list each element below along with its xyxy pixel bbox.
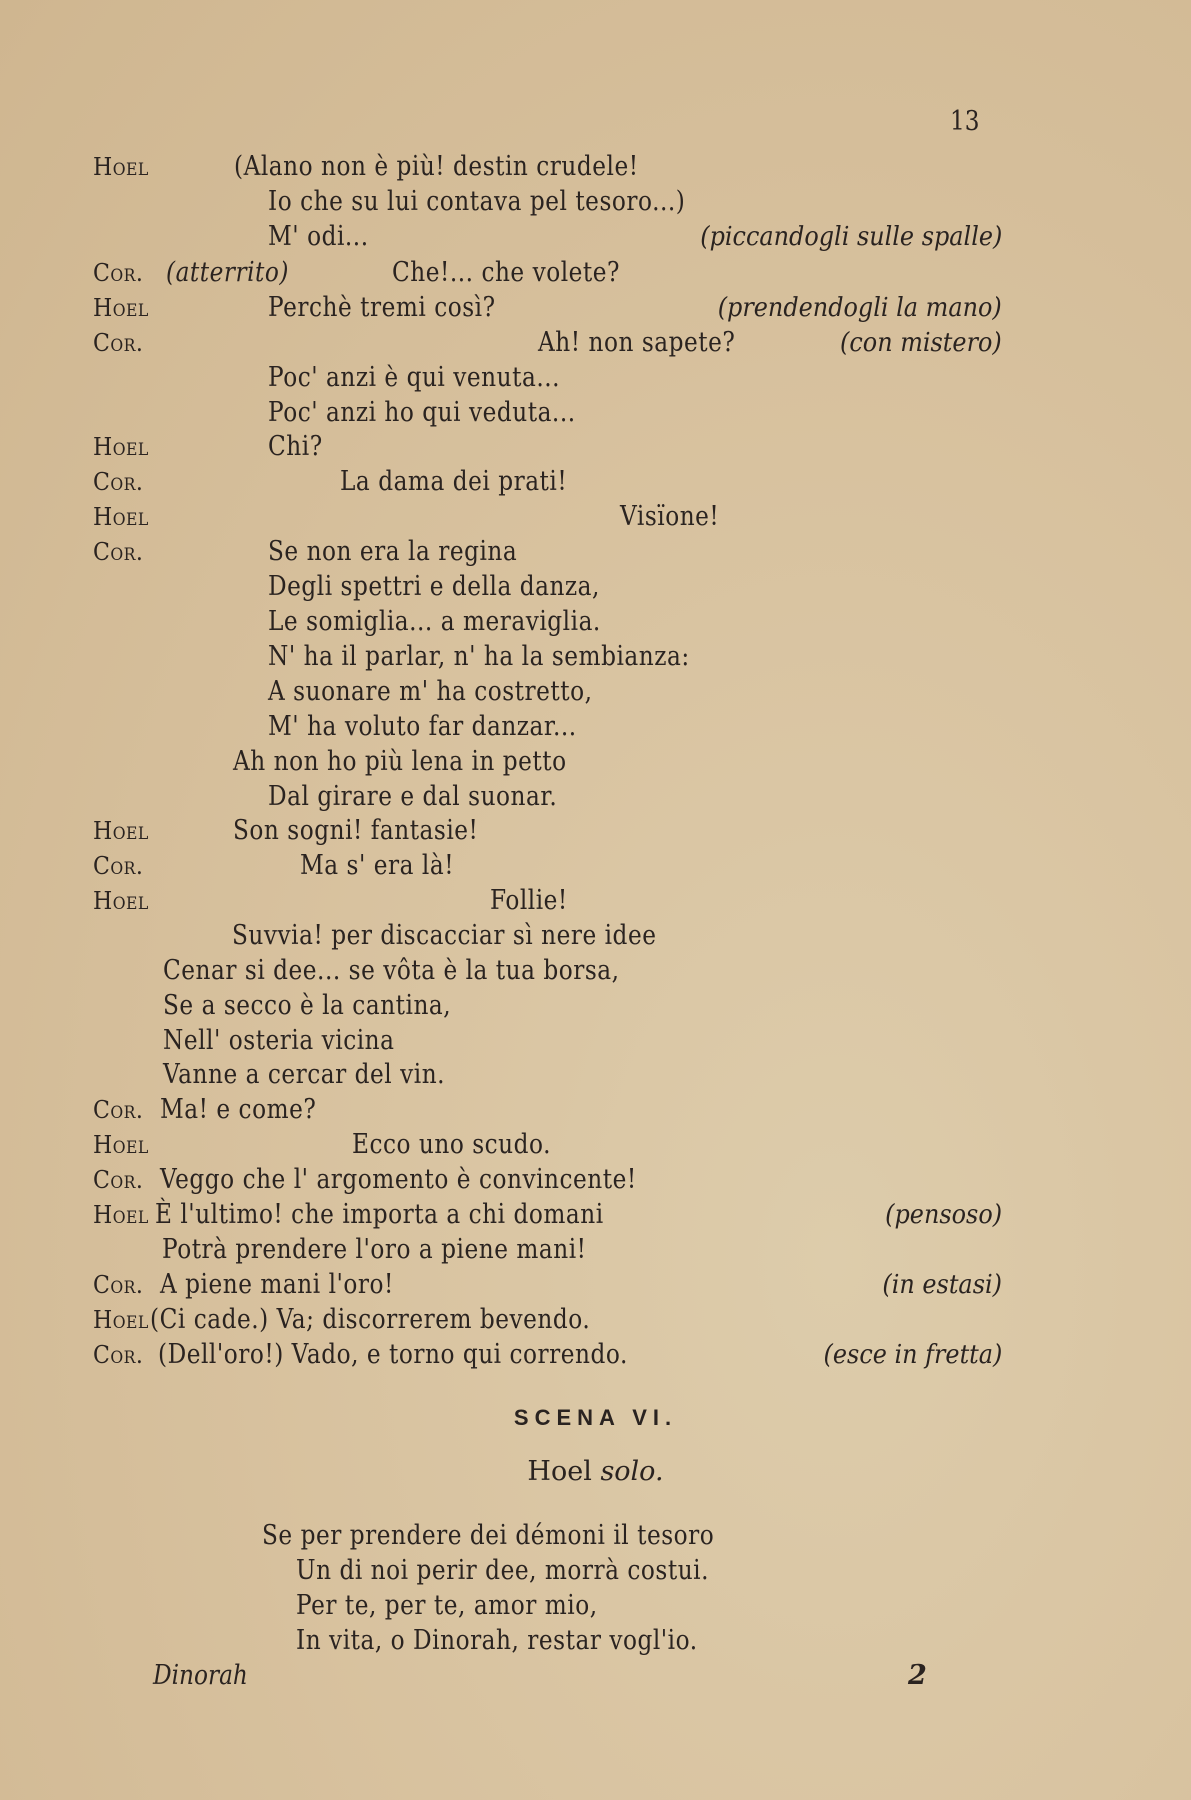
verse-line: Visïone! xyxy=(620,500,719,534)
verse-line: (Dell'oro!) Vado, e torno qui correndo. xyxy=(158,1338,628,1372)
stage-direction: (piccandogli sulle spalle) xyxy=(700,220,1002,254)
verse-line: Ecco uno scudo. xyxy=(352,1128,551,1162)
speaker-label: Hoel xyxy=(93,150,149,184)
verse-line: (Alano non è più! destin crudele! xyxy=(234,150,639,184)
footer-title: Dinorah xyxy=(153,1660,248,1691)
speaker-label: Cor. xyxy=(93,849,143,883)
speaker-label: Cor. xyxy=(93,465,143,499)
verse-line: M' ha voluto far danzar... xyxy=(268,710,577,744)
speaker-label: Cor. xyxy=(93,1268,143,1302)
scene-heading: SCENA VI. xyxy=(0,1405,1191,1431)
speaker-label: Cor. xyxy=(93,1163,143,1197)
verse-line: Se a secco è la cantina, xyxy=(163,989,451,1023)
scene-character: Hoel xyxy=(527,1456,591,1487)
speaker-label: Cor. xyxy=(93,1338,143,1372)
verse-line: Degli spettri e della danza, xyxy=(268,570,600,604)
scene-character-note: solo. xyxy=(600,1456,663,1487)
book-page: 13 Hoel (Alano non è più! destin crudele… xyxy=(0,0,1191,1800)
speaker-label: Hoel xyxy=(93,291,149,325)
stage-direction: (in estasi) xyxy=(882,1268,1002,1302)
speaker-label: Cor. xyxy=(93,326,143,360)
speaker-label: Hoel xyxy=(93,884,149,918)
stage-direction: (con mistero) xyxy=(840,326,1002,360)
verse-line: Ma s' era là! xyxy=(300,849,454,883)
verse-line: Veggo che l' argomento è convincente! xyxy=(160,1163,637,1197)
verse-line: Se non era la regina xyxy=(268,535,517,569)
stage-direction: (prendendogli la mano) xyxy=(718,291,1002,325)
monologue-line: Per te, per te, amor mio, xyxy=(296,1589,598,1623)
monologue-line: In vita, o Dinorah, restar vogl'io. xyxy=(296,1624,698,1658)
page-number: 13 xyxy=(950,106,980,137)
verse-line: Poc' anzi è qui venuta... xyxy=(268,361,560,395)
speaker-label: Cor. xyxy=(93,1093,143,1127)
signature-mark: 2 xyxy=(908,1660,927,1691)
verse-line: Che!... che volete? xyxy=(392,256,620,290)
verse-line: (Ci cade.) Va; discorrerem bevendo. xyxy=(150,1303,590,1337)
speaker-label: Cor. xyxy=(93,256,143,290)
verse-line: Poc' anzi ho qui veduta... xyxy=(268,396,576,430)
verse-line: A suonare m' ha costretto, xyxy=(268,675,593,709)
inline-stage-direction: (atterrito) xyxy=(166,256,289,290)
verse-line: Suvvia! per discacciar sì nere idee xyxy=(232,919,656,953)
verse-line: Vanne a cercar del vin. xyxy=(163,1058,445,1092)
stage-direction: (pensoso) xyxy=(885,1198,1002,1232)
verse-line: Nell' osteria vicina xyxy=(163,1024,395,1058)
scene-subheading: Hoel solo. xyxy=(0,1456,1191,1487)
verse-line: La dama dei prati! xyxy=(340,465,567,499)
verse-line: M' odi... xyxy=(268,220,369,254)
verse-line: Le somiglia... a meraviglia. xyxy=(268,605,601,639)
verse-line: N' ha il parlar, n' ha la sembianza: xyxy=(268,640,690,674)
verse-line: Chi? xyxy=(268,430,323,464)
speaker-label: Hoel xyxy=(93,1198,149,1232)
verse-line: Ah non ho più lena in petto xyxy=(233,745,567,779)
speaker-label: Hoel xyxy=(93,1303,149,1337)
verse-line: Io che su lui contava pel tesoro...) xyxy=(268,185,685,219)
stage-direction: (esce in fretta) xyxy=(823,1338,1002,1372)
speaker-label: Hoel xyxy=(93,430,149,464)
speaker-label: Hoel xyxy=(93,1128,149,1162)
verse-line: Potrà prendere l'oro a piene mani! xyxy=(162,1233,587,1267)
verse-line: Follie! xyxy=(490,884,568,918)
verse-line: Dal girare e dal suonar. xyxy=(268,780,557,814)
verse-line: A piene mani l'oro! xyxy=(160,1268,394,1302)
verse-line: È l'ultimo! che importa a chi domani xyxy=(155,1198,604,1232)
speaker-label: Hoel xyxy=(93,500,149,534)
speaker-label: Cor. xyxy=(93,535,143,569)
verse-line: Son sogni! fantasie! xyxy=(233,814,478,848)
speaker-label: Hoel xyxy=(93,814,149,848)
verse-line: Ma! e come? xyxy=(160,1093,316,1127)
verse-line: Perchè tremi così? xyxy=(268,291,496,325)
verse-line: Cenar si dee... se vôta è la tua borsa, xyxy=(163,954,620,988)
monologue-line: Un di noi perir dee, morrà costui. xyxy=(296,1554,709,1588)
verse-line: Ah! non sapete? xyxy=(538,326,735,360)
monologue-line: Se per prendere dei démoni il tesoro xyxy=(262,1519,714,1553)
